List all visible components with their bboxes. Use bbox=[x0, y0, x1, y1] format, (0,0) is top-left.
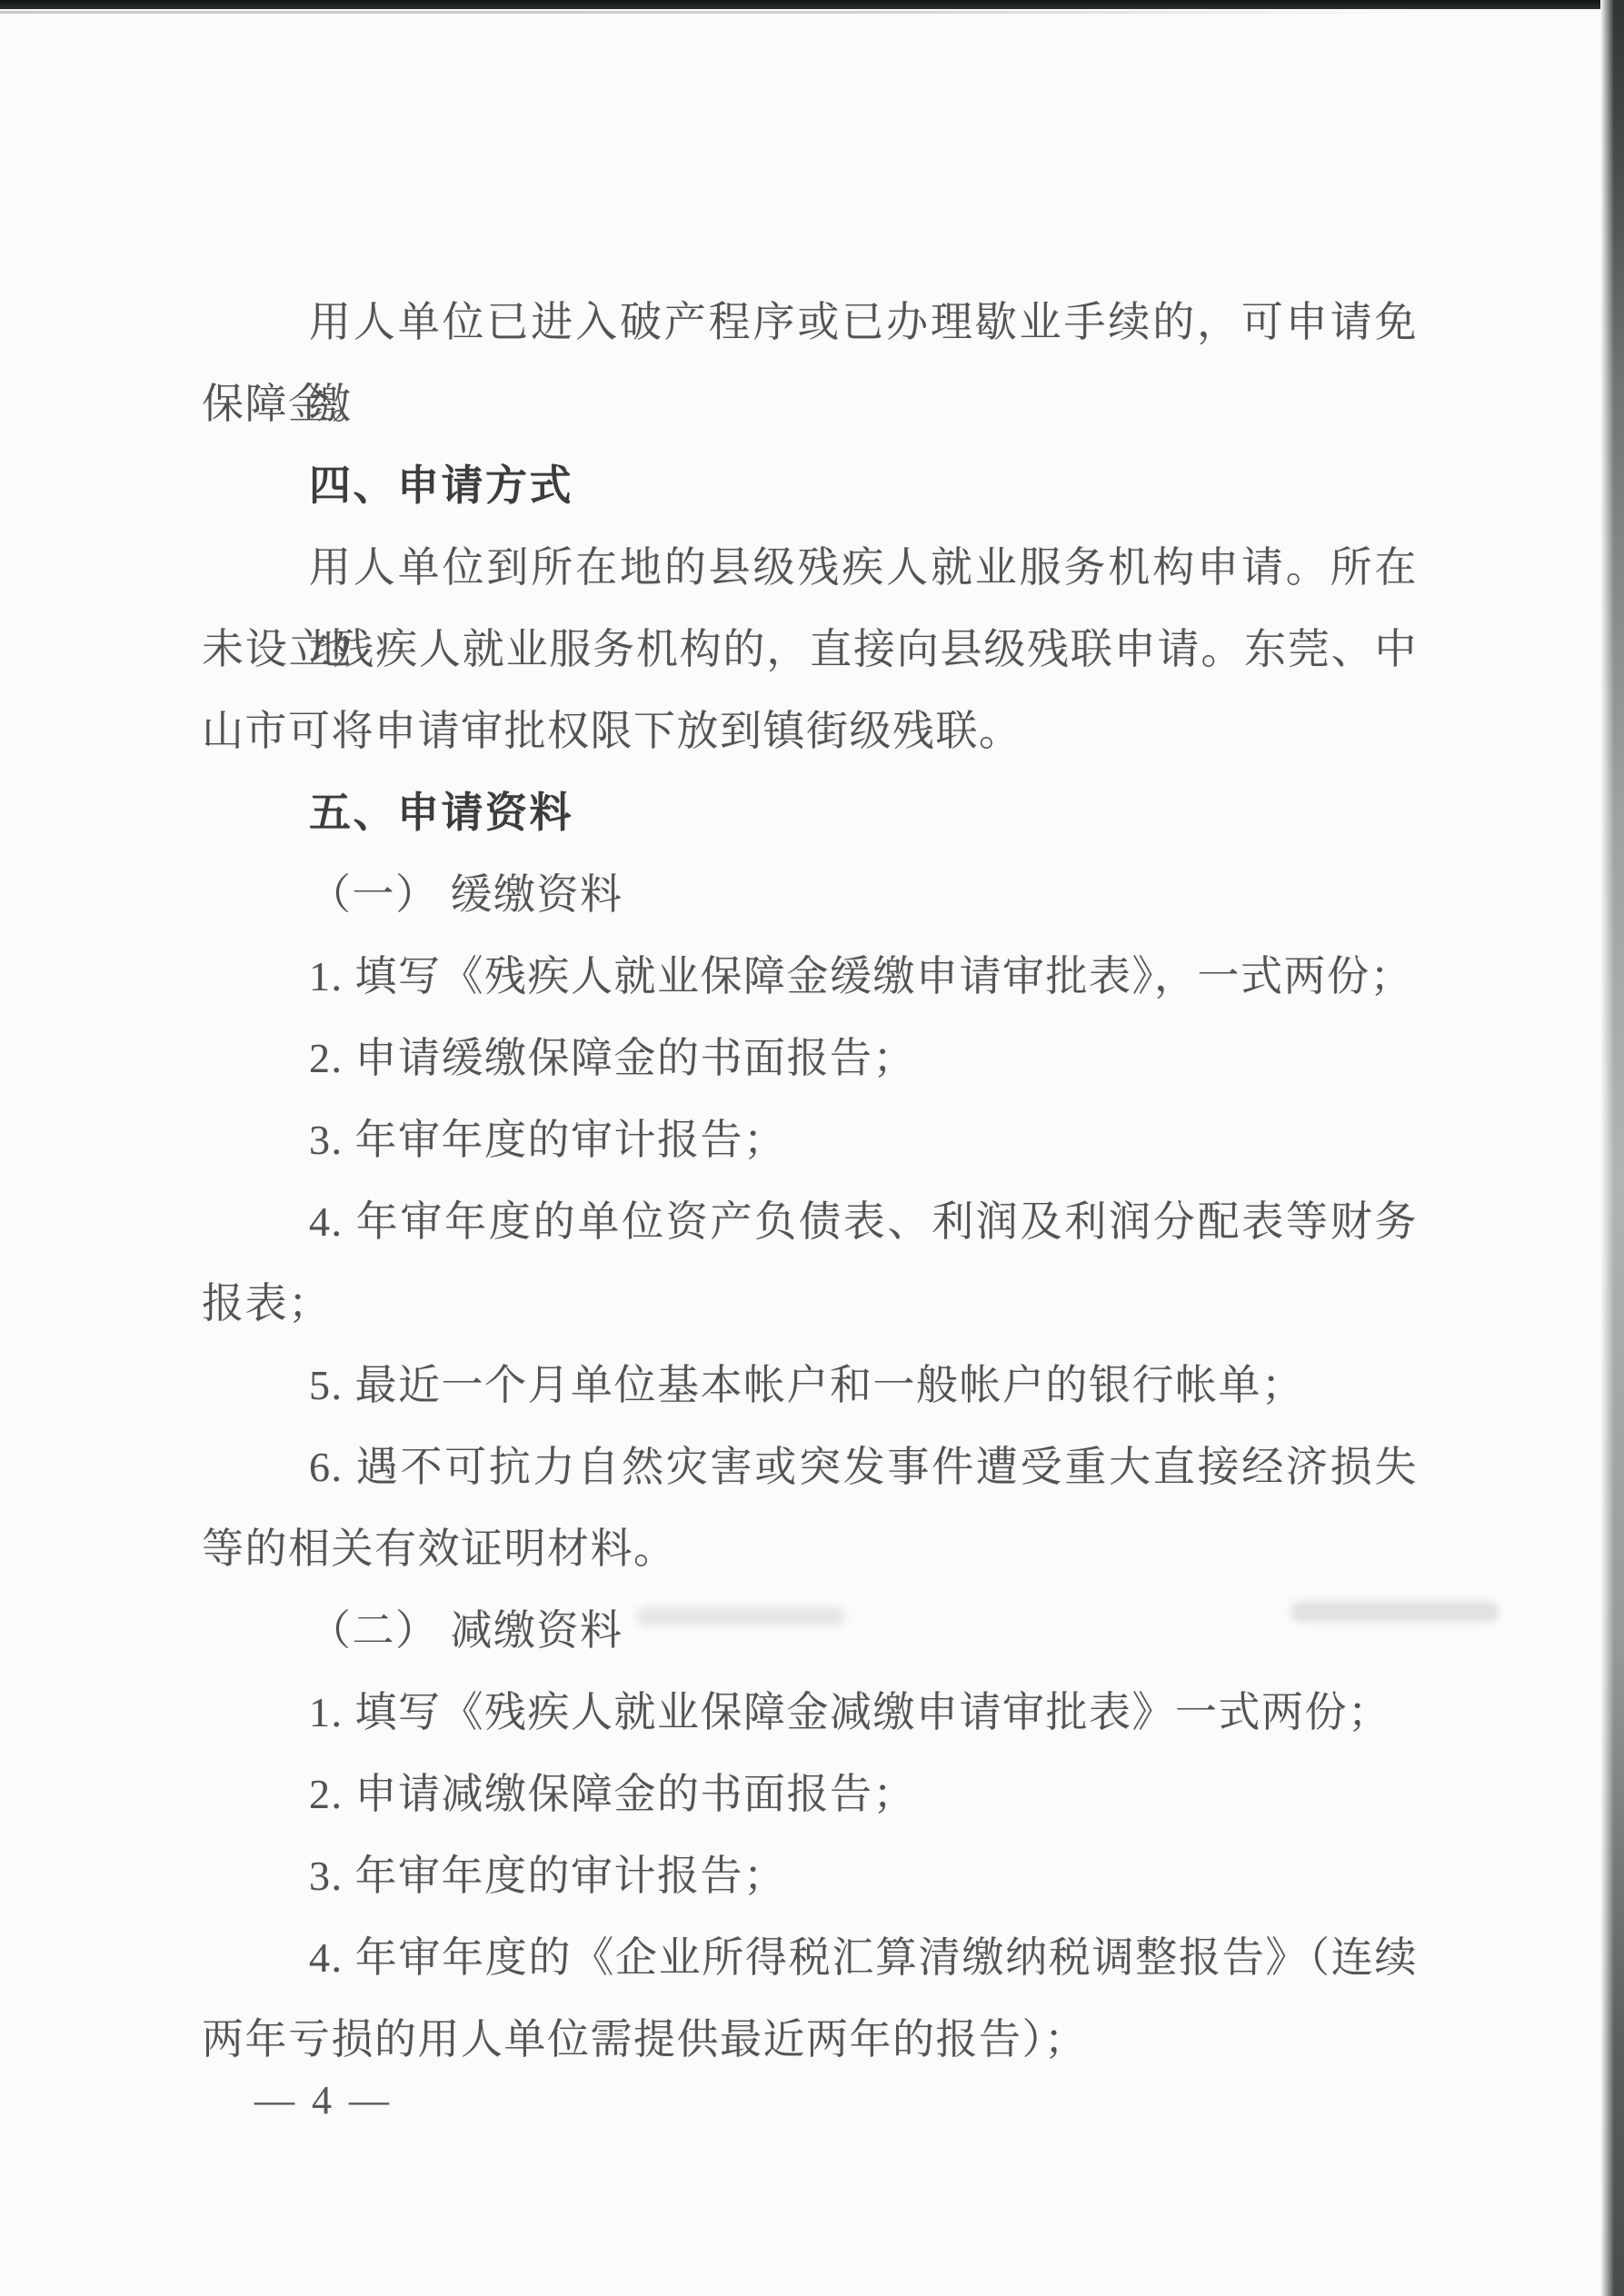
list-item: 3. 年审年度的审计报告； bbox=[202, 1835, 1418, 1917]
list-item: 1. 填写《残疾人就业保障金缓缴申请审批表》，一式两份； bbox=[202, 936, 1418, 1018]
list-item: 2. 申请减缴保障金的书面报告； bbox=[202, 1754, 1418, 1835]
page-number: — 4 — bbox=[254, 2073, 393, 2128]
subsection-heading-2: （二） 减缴资料 bbox=[202, 1590, 1418, 1672]
text-line: 两年亏损的用人单位需提供最近两年的报告）； bbox=[202, 1999, 1418, 2081]
scan-paper-edge-line bbox=[0, 11, 1418, 14]
text-line: 等的相关有效证明材料。 bbox=[202, 1508, 1418, 1590]
text-line: 报表； bbox=[202, 1263, 1418, 1345]
list-item: 2. 申请缓缴保障金的书面报告； bbox=[202, 1018, 1418, 1099]
text-line: 山市可将申请审批权限下放到镇街级残联。 bbox=[202, 691, 1418, 772]
document-text-block: 用人单位已进入破产程序或已办理歇业手续的，可申请免缴 保障金。 四、申请方式 用… bbox=[202, 282, 1418, 2081]
list-item: 5. 最近一个月单位基本帐户和一般帐户的银行帐单； bbox=[202, 1345, 1418, 1426]
scanned-page: 用人单位已进入破产程序或已办理歇业手续的，可申请免缴 保障金。 四、申请方式 用… bbox=[0, 0, 1624, 2296]
list-item: 4. 年审年度的《企业所得税汇算清缴纳税调整报告》（连续 bbox=[202, 1917, 1418, 1999]
subsection-heading-1: （一） 缓缴资料 bbox=[202, 854, 1418, 936]
list-item: 6. 遇不可抗力自然灾害或突发事件遭受重大直接经济损失 bbox=[202, 1426, 1418, 1508]
text-line: 用人单位已进入破产程序或已办理歇业手续的，可申请免缴 bbox=[202, 282, 1418, 363]
text-line: 保障金。 bbox=[202, 363, 1418, 445]
scan-right-edge bbox=[1600, 0, 1624, 2296]
text-line: 用人单位到所在地的县级残疾人就业服务机构申请。所在地 bbox=[202, 527, 1418, 609]
list-item: 3. 年审年度的审计报告； bbox=[202, 1099, 1418, 1181]
list-item: 1. 填写《残疾人就业保障金减缴申请审批表》一式两份； bbox=[202, 1672, 1418, 1754]
section-heading-5: 五、申请资料 bbox=[202, 772, 1418, 854]
scan-top-edge bbox=[0, 0, 1624, 9]
text-line: 未设立残疾人就业服务机构的，直接向县级残联申请。东莞、中 bbox=[202, 609, 1418, 691]
list-item: 4. 年审年度的单位资产负债表、利润及利润分配表等财务 bbox=[202, 1181, 1418, 1263]
section-heading-4: 四、申请方式 bbox=[202, 445, 1418, 527]
